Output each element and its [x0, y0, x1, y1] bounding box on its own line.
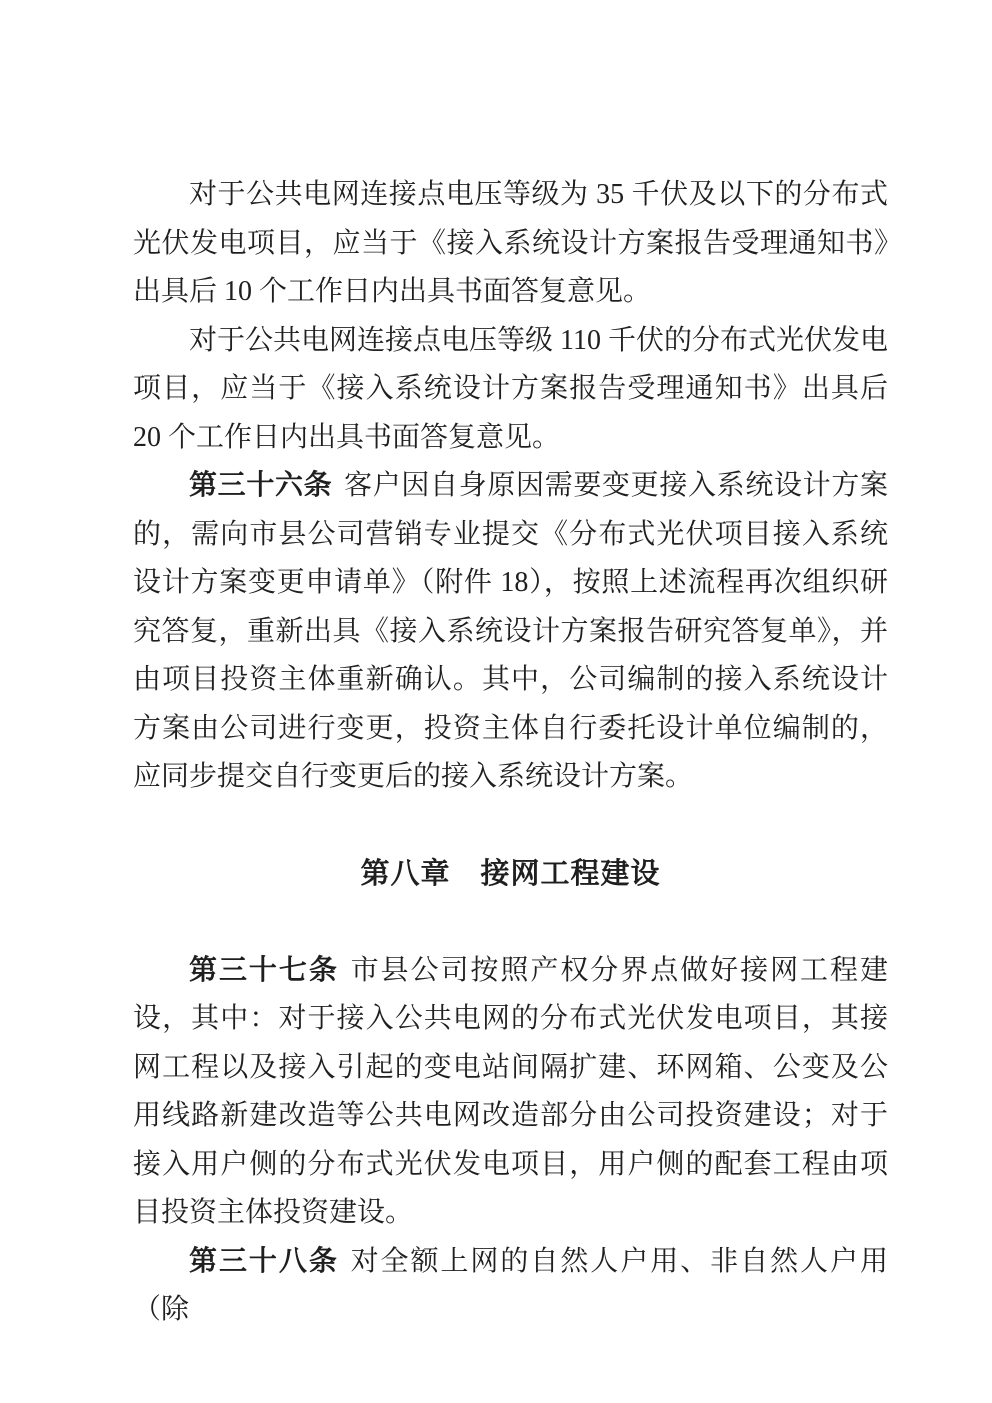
document-page: 对于公共电网连接点电压等级为 35 千伏及以下的分布式光伏发电项目，应当于《接入… [0, 0, 992, 1403]
paragraph-article-36: 第三十六条客户因自身原因需要变更接入系统设计方案的，需向市县公司营销专业提交《分… [133, 462, 888, 802]
chapter-8-heading: 第八章 接网工程建设 [133, 850, 888, 899]
paragraph-35kv-reply: 对于公共电网连接点电压等级为 35 千伏及以下的分布式光伏发电项目，应当于《接入… [133, 171, 888, 317]
article-36-text: 客户因自身原因需要变更接入系统设计方案的，需向市县公司营销专业提交《分布式光伏项… [133, 470, 888, 792]
article-37-number: 第三十七条 [189, 955, 339, 986]
article-36-number: 第三十六条 [189, 470, 332, 501]
paragraph-article-37: 第三十七条市县公司按照产权分界点做好接网工程建设，其中：对于接入公共电网的分布式… [133, 947, 888, 1238]
article-38-number: 第三十八条 [189, 1246, 339, 1277]
paragraph-110kv-reply: 对于公共电网连接点电压等级 110 千伏的分布式光伏发电项目，应当于《接入系统设… [133, 317, 888, 463]
document-body: 对于公共电网连接点电压等级为 35 千伏及以下的分布式光伏发电项目，应当于《接入… [133, 171, 888, 1335]
article-37-text: 市县公司按照产权分界点做好接网工程建设，其中：对于接入公共电网的分布式光伏发电项… [133, 955, 888, 1229]
paragraph-article-38: 第三十八条对全额上网的自然人户用、非自然人户用（除 [133, 1238, 888, 1335]
